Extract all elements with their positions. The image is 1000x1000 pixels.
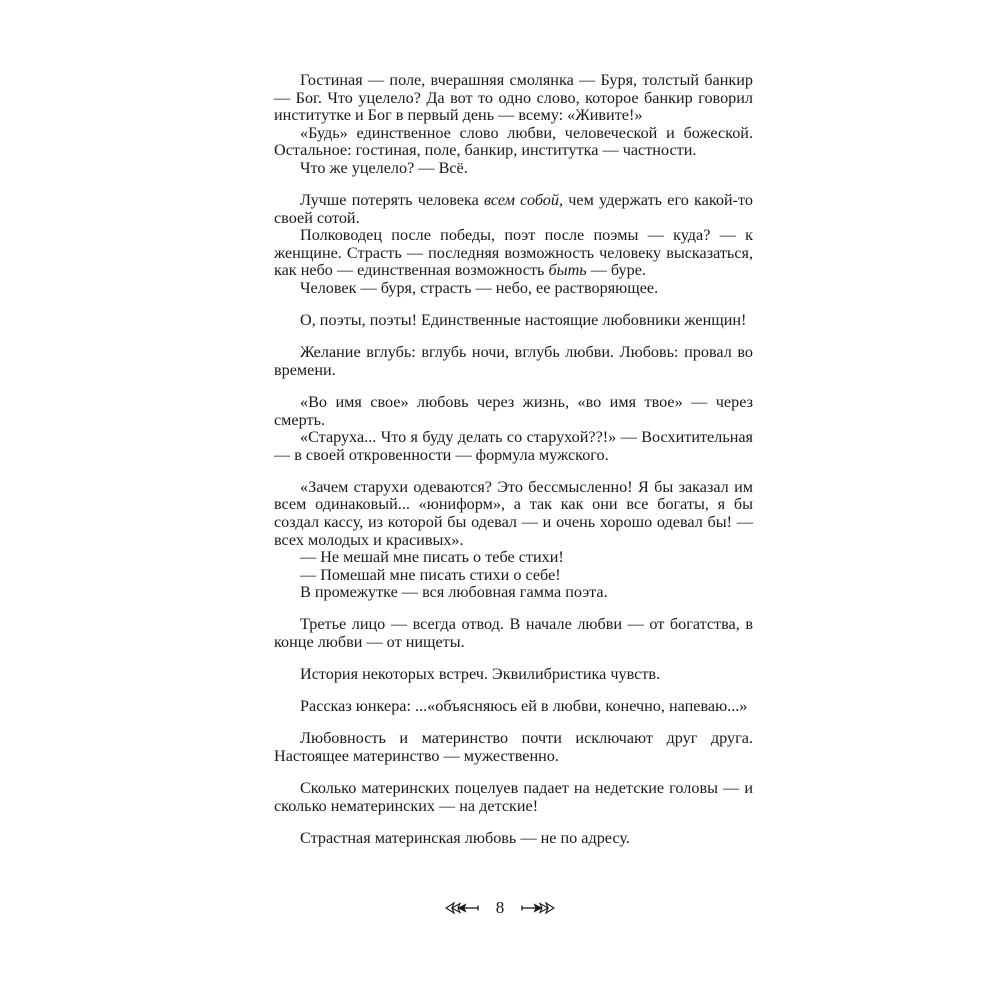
paragraph-group: Рассказ юнкера: ...«объясняюсь ей в любв… bbox=[274, 698, 753, 716]
text-run: О, поэты, поэты! Единственные настоящие … bbox=[300, 311, 746, 329]
paragraph: Сколько материнских поцелуев падает на н… bbox=[274, 780, 753, 815]
text-run: «Будь» единственное слово любви, человеч… bbox=[274, 124, 753, 160]
page-body: Гостиная — поле, вчерашняя смолянка — Бу… bbox=[274, 72, 753, 862]
paragraph: Что же уцелело? — Всё. bbox=[274, 160, 753, 178]
text-run: — Помешай мне писать стихи о себе! bbox=[300, 566, 561, 584]
text-run: Третье лицо — всегда отвод. В начале люб… bbox=[274, 615, 753, 651]
text-run: «Во имя свое» любовь через жизнь, «во им… bbox=[274, 393, 753, 429]
text-run: Рассказ юнкера: ...«объясняюсь ей в любв… bbox=[300, 697, 747, 715]
paragraph-group: Любовность и материнство почти исключают… bbox=[274, 730, 753, 765]
text-run: Желание вглубь: вглубь ночи, вглубь любв… bbox=[274, 343, 753, 379]
paragraph-group: История некоторых встреч. Эквилибристика… bbox=[274, 666, 753, 684]
paragraph-group: «Зачем старухи одеваются? Это бессмыслен… bbox=[274, 479, 753, 602]
paragraph-group: Третье лицо — всегда отвод. В начале люб… bbox=[274, 616, 753, 651]
paragraph: Страстная материнская любовь — не по адр… bbox=[274, 830, 753, 848]
paragraph: О, поэты, поэты! Единственные настоящие … bbox=[274, 312, 753, 330]
arrow-ornament-left-icon bbox=[444, 901, 482, 915]
text-run: История некоторых встреч. Эквилибристика… bbox=[300, 665, 660, 683]
text-run: Сколько материнских поцелуев падает на н… bbox=[274, 779, 753, 815]
paragraph: Полководец после победы, поэт после поэм… bbox=[274, 227, 753, 280]
paragraph-group: «Во имя свое» любовь через жизнь, «во им… bbox=[274, 394, 753, 464]
paragraph: Гостиная — поле, вчерашняя смолянка — Бу… bbox=[274, 72, 753, 125]
paragraph: Лучше потерять человека всем собой, чем … bbox=[274, 192, 753, 227]
paragraph-group: Страстная материнская любовь — не по адр… bbox=[274, 830, 753, 848]
text-run: Что же уцелело? — Всё. bbox=[300, 159, 468, 177]
paragraph-group: О, поэты, поэты! Единственные настоящие … bbox=[274, 312, 753, 330]
text-run: Любовность и материнство почти исключают… bbox=[274, 729, 753, 765]
paragraph: История некоторых встреч. Эквилибристика… bbox=[274, 666, 753, 684]
paragraph: В промежутке — вся любовная гамма поэта. bbox=[274, 584, 753, 602]
text-run: «Зачем старухи одеваются? Это бессмыслен… bbox=[274, 478, 753, 549]
text-run: — буре. bbox=[587, 261, 646, 279]
text-run: Лучше потерять человека bbox=[300, 191, 484, 209]
text-run: Страстная материнская любовь — не по адр… bbox=[300, 829, 630, 847]
italic-text: быть bbox=[548, 261, 586, 279]
paragraph: «Старуха... Что я буду делать со старухо… bbox=[274, 429, 753, 464]
paragraph: — Помешай мне писать стихи о себе! bbox=[274, 567, 753, 585]
page-folio: 8 bbox=[0, 898, 1000, 918]
text-run: Полководец после победы, поэт после поэм… bbox=[274, 226, 753, 279]
paragraph: Третье лицо — всегда отвод. В начале люб… bbox=[274, 616, 753, 651]
italic-text: всем собой bbox=[484, 191, 559, 209]
paragraph: Любовность и материнство почти исключают… bbox=[274, 730, 753, 765]
paragraph: «Во имя свое» любовь через жизнь, «во им… bbox=[274, 394, 753, 429]
paragraph: «Зачем старухи одеваются? Это бессмыслен… bbox=[274, 479, 753, 549]
paragraph: «Будь» единственное слово любви, человеч… bbox=[274, 125, 753, 160]
paragraph-group: Сколько материнских поцелуев падает на н… bbox=[274, 780, 753, 815]
arrow-ornament-right-icon bbox=[518, 901, 556, 915]
paragraph: — Не мешай мне писать о тебе стихи! bbox=[274, 549, 753, 567]
paragraph: Человек — буря, страсть — небо, ее раств… bbox=[274, 280, 753, 298]
text-run: «Старуха... Что я буду делать со старухо… bbox=[274, 428, 753, 464]
text-run: В промежутке — вся любовная гамма поэта. bbox=[300, 583, 608, 601]
paragraph-group: Желание вглубь: вглубь ночи, вглубь любв… bbox=[274, 344, 753, 379]
text-run: Гостиная — поле, вчерашняя смолянка — Бу… bbox=[274, 71, 753, 124]
paragraph-group: Лучше потерять человека всем собой, чем … bbox=[274, 192, 753, 298]
text-run: Человек — буря, страсть — небо, ее раств… bbox=[300, 279, 658, 297]
text-run: — Не мешай мне писать о тебе стихи! bbox=[300, 548, 564, 566]
paragraph: Рассказ юнкера: ...«объясняюсь ей в любв… bbox=[274, 698, 753, 716]
page-number: 8 bbox=[496, 898, 505, 918]
paragraph: Желание вглубь: вглубь ночи, вглубь любв… bbox=[274, 344, 753, 379]
paragraph-group: Гостиная — поле, вчерашняя смолянка — Бу… bbox=[274, 72, 753, 178]
